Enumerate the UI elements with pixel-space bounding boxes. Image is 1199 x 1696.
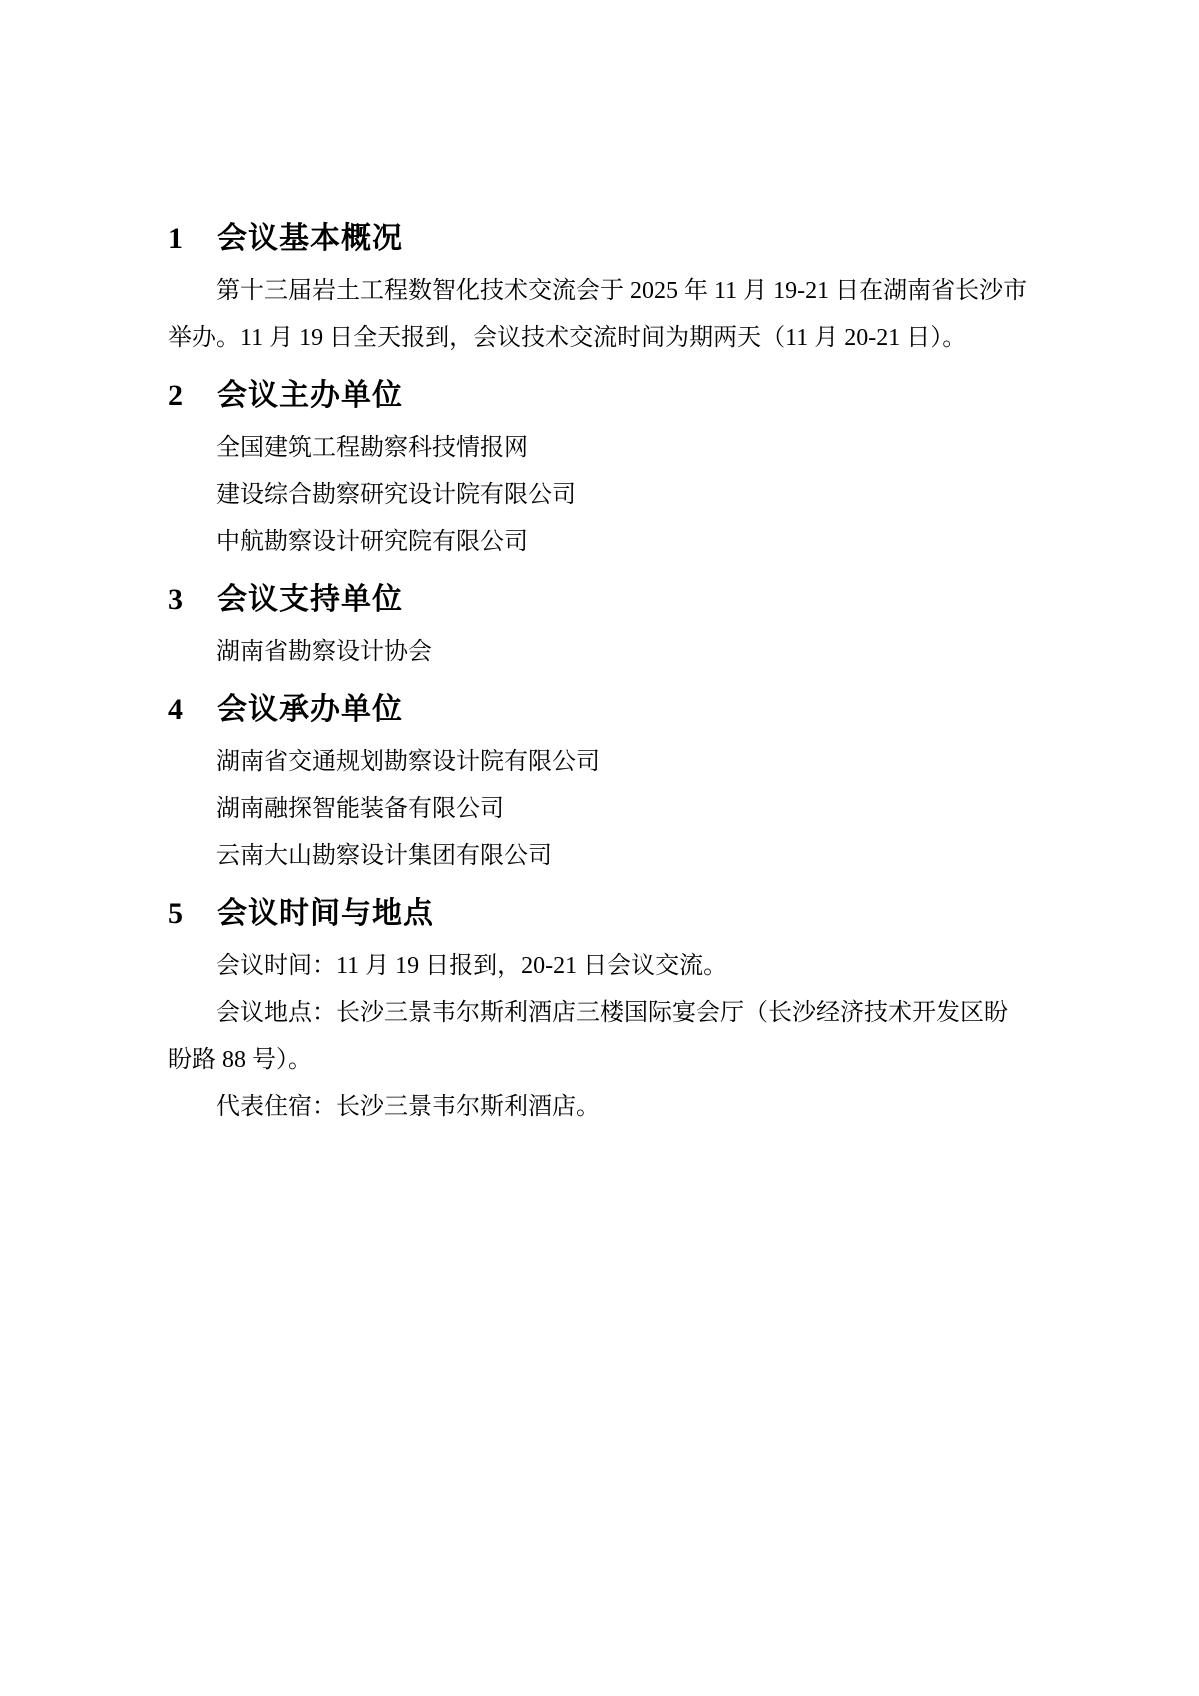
section-heading-2: 2会议主办单位: [168, 372, 1031, 420]
undertaker-item: 湖南融探智能装备有限公司: [168, 786, 1031, 833]
document-page: 1会议基本概况 第十三届岩土工程数智化技术交流会于 2025 年 11 月 19…: [0, 0, 1199, 1696]
section-heading-3: 3会议支持单位: [168, 576, 1031, 624]
section-1-paragraph: 第十三届岩土工程数智化技术交流会于 2025 年 11 月 19-21 日在湖南…: [168, 268, 1031, 362]
section-heading-1: 1会议基本概况: [168, 215, 1031, 263]
meeting-location-paragraph: 会议地点：长沙三景韦尔斯利酒店三楼国际宴会厅（长沙经济技术开发区盼盼路 88 号…: [168, 990, 1031, 1084]
section-1-title: 会议基本概况: [217, 222, 403, 255]
undertaker-item: 云南大山勘察设计集团有限公司: [168, 833, 1031, 880]
meeting-time-paragraph: 会议时间：11 月 19 日报到，20-21 日会议交流。: [168, 943, 1031, 990]
organizer-item: 全国建筑工程勘察科技情报网: [168, 425, 1031, 472]
section-heading-4: 4会议承办单位: [168, 686, 1031, 734]
section-2-title: 会议主办单位: [217, 379, 403, 412]
section-3-title: 会议支持单位: [217, 583, 403, 616]
section-3-number: 3: [168, 576, 217, 624]
section-1-number: 1: [168, 215, 217, 263]
section-5-title: 会议时间与地点: [217, 897, 434, 930]
section-2-number: 2: [168, 372, 217, 420]
document-content: 1会议基本概况 第十三届岩土工程数智化技术交流会于 2025 年 11 月 19…: [0, 0, 1199, 1131]
section-4-number: 4: [168, 686, 217, 734]
organizer-item: 建设综合勘察研究设计院有限公司: [168, 472, 1031, 519]
organizer-item: 中航勘察设计研究院有限公司: [168, 519, 1031, 566]
undertaker-item: 湖南省交通规划勘察设计院有限公司: [168, 739, 1031, 786]
supporter-item: 湖南省勘察设计协会: [168, 629, 1031, 676]
accommodation-paragraph: 代表住宿：长沙三景韦尔斯利酒店。: [168, 1084, 1031, 1131]
section-5-number: 5: [168, 890, 217, 938]
section-heading-5: 5会议时间与地点: [168, 890, 1031, 938]
section-4-title: 会议承办单位: [217, 693, 403, 726]
